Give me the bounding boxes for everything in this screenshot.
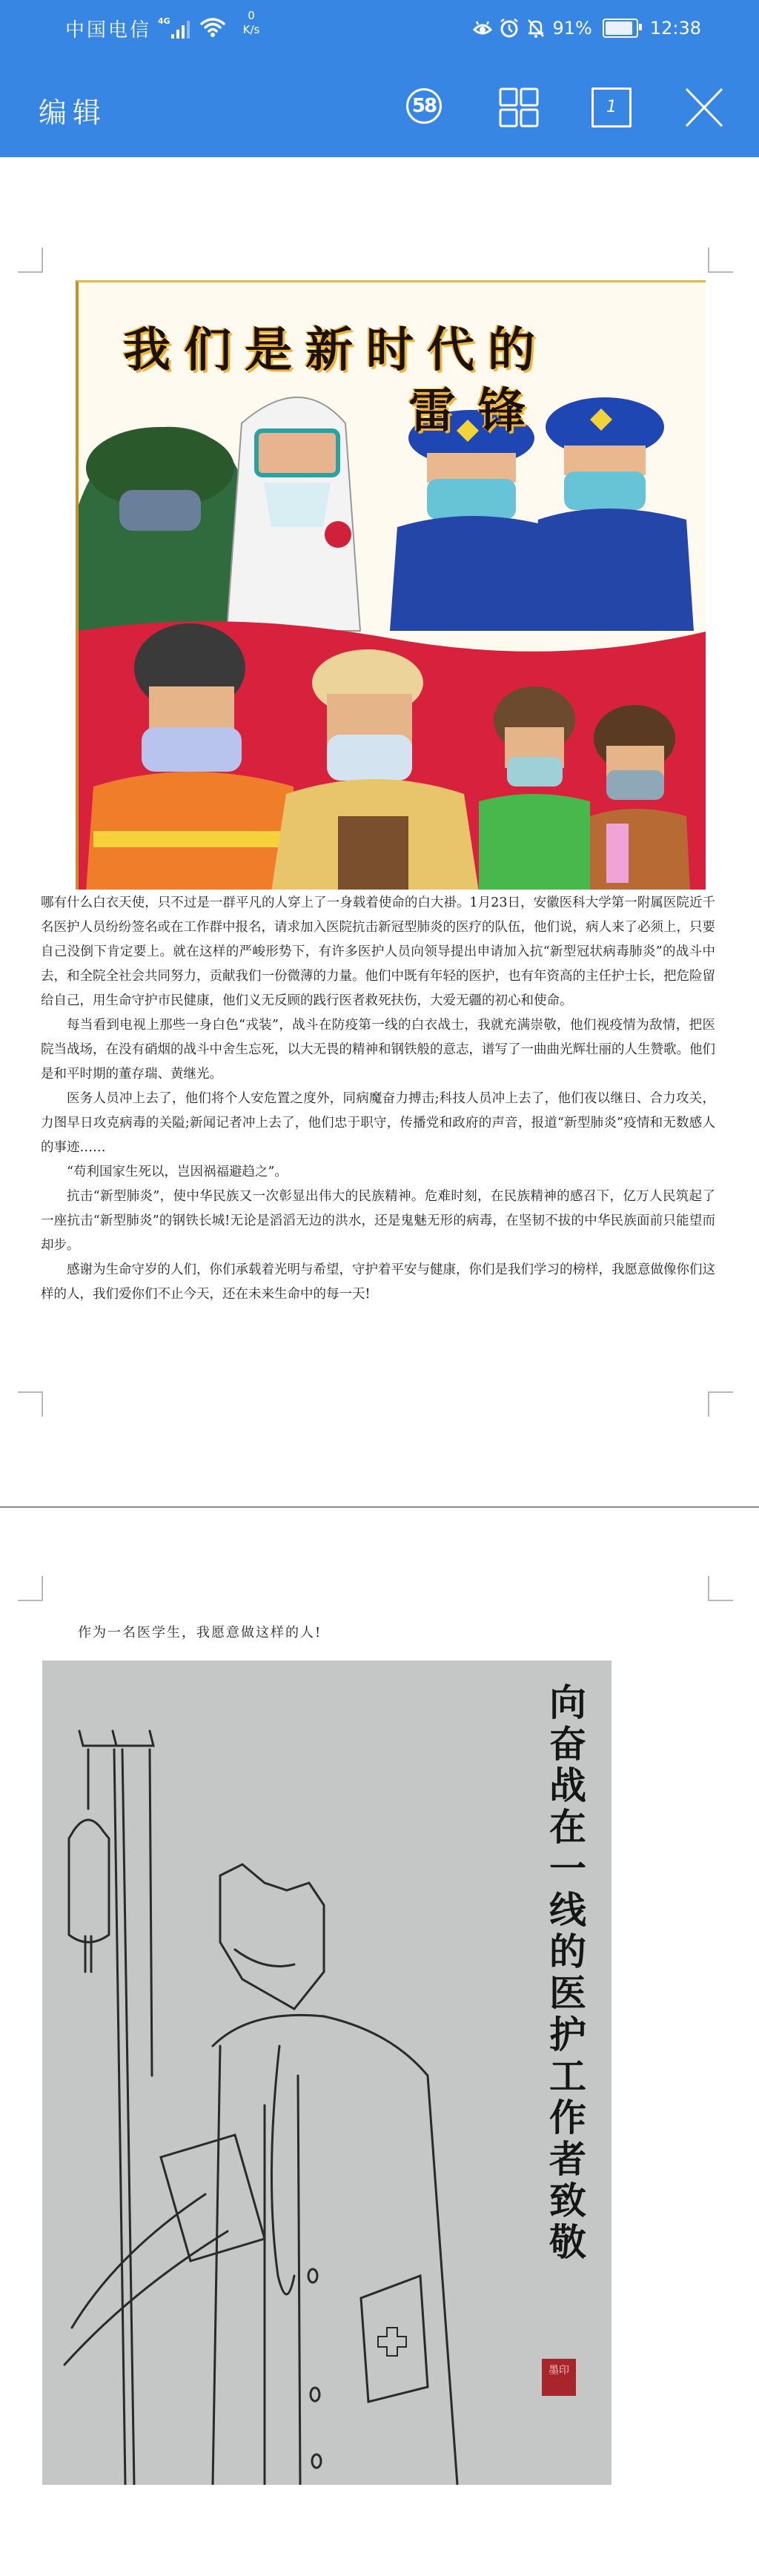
page2-corner-top-left	[18, 1576, 43, 1601]
battery-percent: 91%	[552, 18, 591, 39]
ink-drawing-artwork	[42, 1661, 611, 2485]
page-count-icon[interactable]: 58	[406, 88, 442, 124]
page1-corner-top-right	[708, 248, 733, 273]
network-speed: 0 K/s	[239, 9, 264, 37]
network-type: 4G	[158, 16, 170, 26]
article-body: 哪有什么白衣天使，只不过是一群平凡的人穿上了一身载着使命的白大褂。1月23日，安…	[41, 891, 715, 1307]
clock: 12:38	[650, 18, 701, 39]
red-seal-stamp: 墨印	[542, 2359, 576, 2396]
poster-title-line2: 雷锋	[408, 373, 548, 441]
page2-caption: 作为一名医学生，我愿意做这样的人!	[78, 1622, 322, 1641]
calligraphy-text: 向奋战在一线的医护工作者致敬	[543, 1683, 587, 2264]
close-icon[interactable]	[683, 87, 723, 128]
page2-corner-top-right	[708, 1576, 733, 1601]
eye-comfort-icon	[472, 18, 493, 39]
grid-view-icon[interactable]	[499, 87, 539, 128]
page1-corner-bottom-left	[18, 1391, 43, 1417]
speed-value: 0	[239, 9, 264, 23]
poster-title-line1: 我们是新时代的	[123, 312, 548, 380]
speed-unit: K/s	[239, 23, 264, 37]
paragraph: 抗击“新型肺炎”，使中华民族又一次彰显出伟大的民族精神。危难时刻，在民族精神的感…	[41, 1185, 715, 1258]
mute-bell-icon	[526, 18, 546, 39]
edit-button[interactable]: 编辑	[39, 90, 107, 130]
carrier-name: 中国电信	[65, 15, 151, 42]
paragraph: 哪有什么白衣天使，只不过是一群平凡的人穿上了一身载着使命的白大褂。1月23日，安…	[41, 891, 715, 1013]
wifi-icon	[200, 16, 225, 39]
page1-corner-bottom-right	[708, 1391, 733, 1417]
battery-icon	[603, 19, 638, 38]
alarm-icon	[499, 18, 520, 39]
status-bar: 中国电信 4G 0 K/s	[0, 0, 759, 59]
toolbar: 编辑 58 1	[0, 70, 759, 145]
current-page-number: 1	[591, 87, 632, 128]
status-right: 91% 12:38	[472, 16, 701, 40]
ink-drawing-image: 向奋战在一线的医护工作者致敬 墨印	[42, 1661, 611, 2485]
app-bar: 中国电信 4G 0 K/s	[0, 0, 759, 157]
page-indicator-icon[interactable]: 1	[591, 87, 632, 128]
signal-icon	[170, 19, 194, 39]
paragraph: 感谢为生命守岁的人们，你们承载着光明与希望，守护着平安与健康，你们是我们学习的榜…	[41, 1258, 715, 1307]
paragraph: 每当看到电视上那些一身白色“戎装”，战斗在防疫第一线的白衣战士，我就充满崇敬，他…	[41, 1013, 715, 1087]
document-viewer[interactable]: 我们是新时代的 雷锋 哪有什么白衣天使，只不过是一群平凡的人穿上了一身载着使命的…	[0, 157, 759, 2576]
paragraph: “苟利国家生死以，岂因祸福避趋之”。	[41, 1160, 715, 1185]
poster-image: 我们是新时代的 雷锋	[76, 280, 706, 890]
page-separator	[0, 1506, 759, 1508]
paragraph: 医务人员冲上去了，他们将个人安危置之度外，同病魔奋力搏击;科技人员冲上去了，他们…	[41, 1087, 715, 1160]
page1-corner-top-left	[18, 248, 43, 273]
